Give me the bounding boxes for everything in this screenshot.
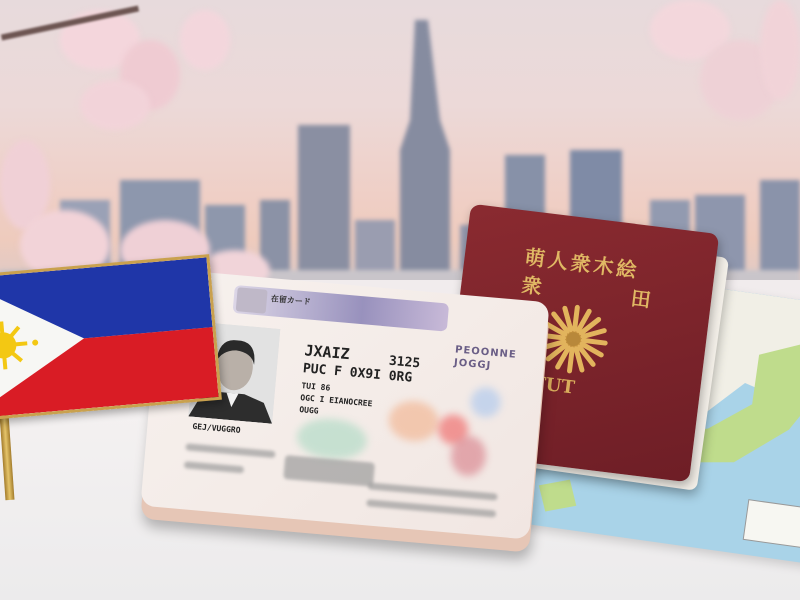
small-field-1: TUI 86 <box>301 381 331 392</box>
photo-scene: 萌人衆木絵 衆 田 RTUT 在留カード GEJ/VUGGRO JXAIZ <box>0 0 800 600</box>
card-right-text-2: JOGGJ <box>454 357 492 371</box>
hologram <box>469 386 502 419</box>
hologram <box>387 399 440 443</box>
philippine-flag <box>0 254 222 422</box>
small-field-3: OUGG <box>299 405 319 416</box>
hologram <box>295 416 368 462</box>
seal-icon <box>236 287 268 314</box>
passport-subtitle-right: 田 <box>629 282 652 313</box>
name-line: JXAIZ <box>304 341 351 363</box>
photo-caption: GEJ/VUGGRO <box>192 422 241 435</box>
